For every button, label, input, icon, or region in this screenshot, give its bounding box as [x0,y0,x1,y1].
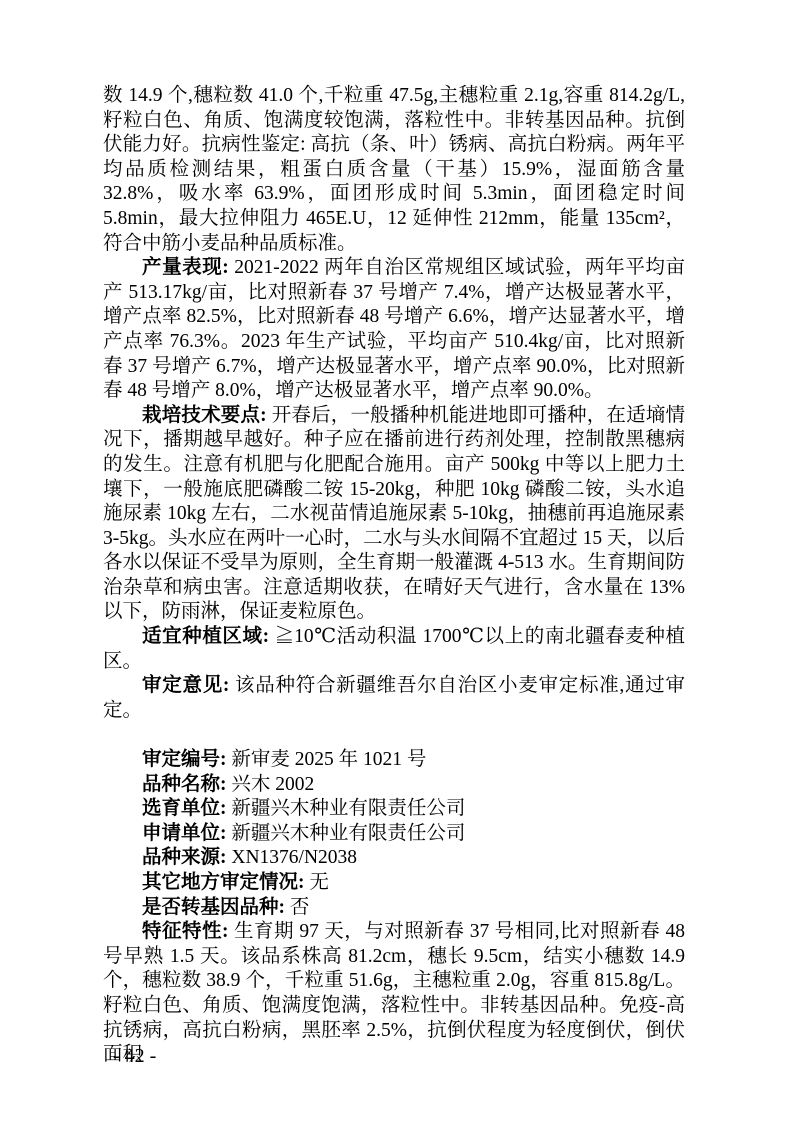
paragraph-suitable-region: 适宜种植区域: ≧10℃活动积温 1700℃以上的南北疆春麦种植区。 [103,625,685,674]
certification-number-value: 新审麦 2025 年 1021 号 [231,749,426,770]
field-gmo-status: 是否转基因品种: 否 [103,896,685,921]
gmo-status-label: 是否转基因品种: [142,897,290,918]
variety-name-label: 品种名称: [142,774,231,795]
field-breeding-unit: 选育单位: 新疆兴木种业有限责任公司 [103,797,685,822]
gmo-status-value: 否 [290,897,310,918]
certification-opinion-label: 审定意见: [142,675,235,696]
field-other-certifications: 其它地方审定情况: 无 [103,871,685,896]
paragraph-cultivation-techniques: 栽培技术要点: 开春后，一般播种机能进地即可播种，在适墒情况下，播期越早越好。种… [103,404,685,625]
blank-line [103,723,685,748]
variety-origin-value: XN1376/N2038 [231,847,357,868]
cultivation-techniques-label: 栽培技术要点: [142,405,272,426]
field-certification-number: 审定编号: 新审麦 2025 年 1021 号 [103,748,685,773]
traits-label: 特征特性: [142,921,234,942]
continuation-text: 数 14.9 个,穗粒数 41.0 个,千粒重 47.5g,主穗粒重 2.1g,… [103,85,685,254]
paragraph-continuation: 数 14.9 个,穗粒数 41.0 个,千粒重 47.5g,主穗粒重 2.1g,… [103,84,685,256]
traits-text: 生育期 97 天，与对照新春 37 号相同,比对照新春 48 号早熟 1.5 天… [103,921,685,1065]
breeding-unit-value: 新疆兴木种业有限责任公司 [231,798,465,819]
breeding-unit-label: 选育单位: [142,798,231,819]
document-content: 数 14.9 个,穗粒数 41.0 个,千粒重 47.5g,主穗粒重 2.1g,… [103,84,685,1068]
applicant-unit-label: 申请单位: [142,823,231,844]
page-number: - 42 - [113,1044,156,1068]
certification-number-label: 审定编号: [142,749,231,770]
document-page: 数 14.9 个,穗粒数 41.0 个,千粒重 47.5g,主穗粒重 2.1g,… [0,0,793,1122]
field-applicant-unit: 申请单位: 新疆兴木种业有限责任公司 [103,822,685,847]
field-variety-name: 品种名称: 兴木 2002 [103,773,685,798]
other-certifications-label: 其它地方审定情况: [142,872,309,893]
paragraph-traits: 特征特性: 生育期 97 天，与对照新春 37 号相同,比对照新春 48 号早熟… [103,920,685,1068]
field-variety-origin: 品种来源: XN1376/N2038 [103,846,685,871]
variety-origin-label: 品种来源: [142,847,231,868]
yield-performance-label: 产量表现: [142,257,234,278]
variety-name-value: 兴木 2002 [231,774,314,795]
applicant-unit-value: 新疆兴木种业有限责任公司 [231,823,465,844]
yield-performance-text: 2021-2022 两年自治区常规组区域试验，两年平均亩产 513.17kg/亩… [103,257,685,401]
other-certifications-value: 无 [309,872,329,893]
cultivation-techniques-text: 开春后，一般播种机能进地即可播种，在适墒情况下，播期越早越好。种子应在播前进行药… [103,405,685,623]
suitable-region-label: 适宜种植区域: [142,626,275,647]
paragraph-certification-opinion: 审定意见: 该品种符合新疆维吾尔自治区小麦审定标准,通过审定。 [103,674,685,723]
paragraph-yield-performance: 产量表现: 2021-2022 两年自治区常规组区域试验，两年平均亩产 513.… [103,256,685,404]
